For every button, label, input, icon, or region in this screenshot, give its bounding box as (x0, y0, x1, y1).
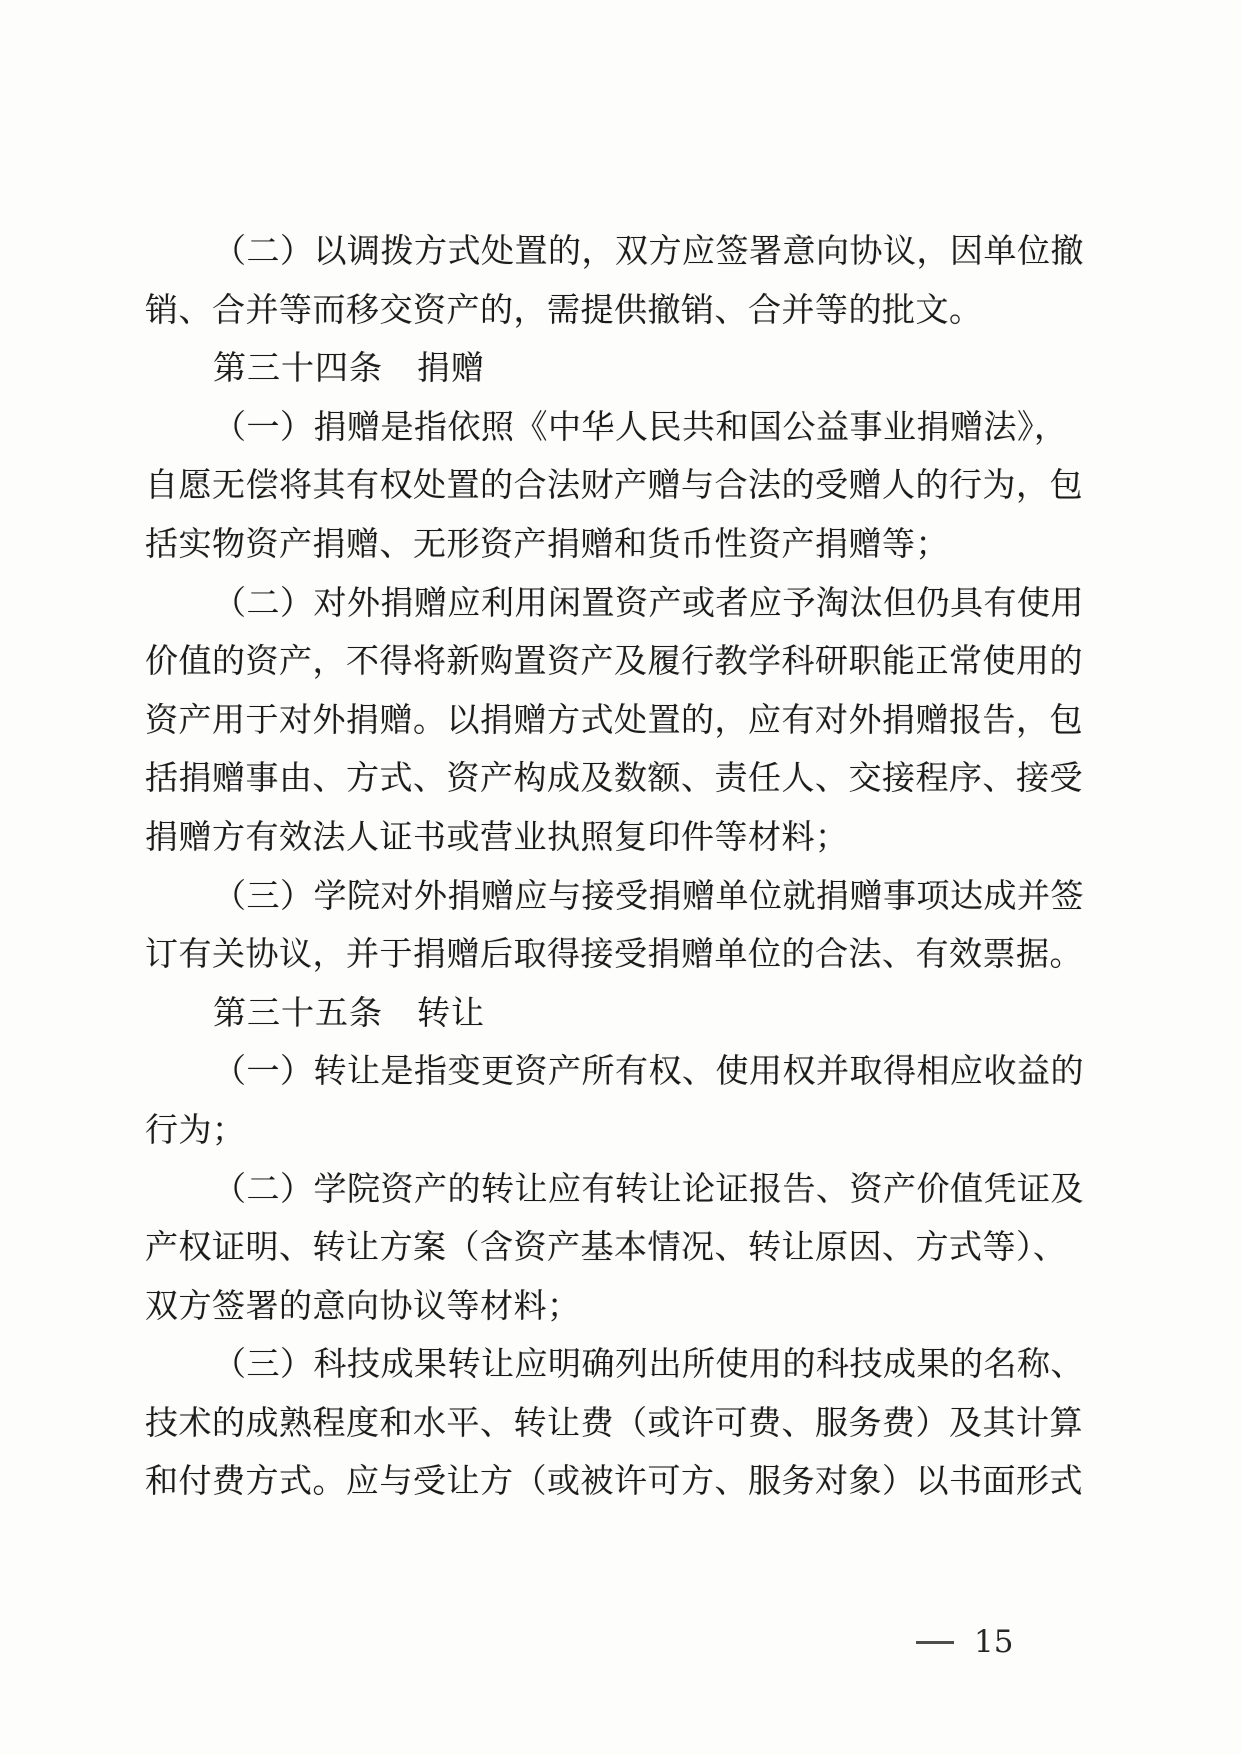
document-line: （二）对外捐赠应利用闲置资产或者应予淘汰但仍具有使用 (145, 574, 1077, 633)
document-line: 括实物资产捐赠、无形资产捐赠和货币性资产捐赠等； (145, 515, 1077, 574)
document-line: 资产用于对外捐赠。以捐赠方式处置的，应有对外捐赠报告，包 (145, 691, 1077, 750)
document-line: 技术的成熟程度和水平、转让费（或许可费、服务费）及其计算 (145, 1394, 1077, 1453)
document-line: 行为； (145, 1101, 1077, 1160)
document-line: （一）捐赠是指依照《中华人民共和国公益事业捐赠法》， (145, 398, 1077, 457)
article-heading: 第三十五条 转让 (145, 984, 1077, 1043)
document-line: 自愿无偿将其有权处置的合法财产赠与合法的受赠人的行为，包 (145, 456, 1077, 515)
document-body: （二）以调拨方式处置的，双方应签署意向协议，因单位撤 销、合并等而移交资产的，需… (145, 222, 1077, 1511)
document-line: （三）学院对外捐赠应与接受捐赠单位就捐赠事项达成并签 (145, 867, 1077, 926)
document-line: 双方签署的意向协议等材料； (145, 1277, 1077, 1336)
document-line: （一）转让是指变更资产所有权、使用权并取得相应收益的 (145, 1042, 1077, 1101)
document-line: 订有关协议，并于捐赠后取得接受捐赠单位的合法、有效票据。 (145, 925, 1077, 984)
document-line: 括捐赠事由、方式、资产构成及数额、责任人、交接程序、接受 (145, 749, 1077, 808)
document-line: （三）科技成果转让应明确列出所使用的科技成果的名称、 (145, 1335, 1077, 1394)
footer-dash-icon (916, 1641, 954, 1644)
page-number: 15 (974, 1620, 1013, 1664)
document-line: 和付费方式。应与受让方（或被许可方、服务对象）以书面形式 (145, 1452, 1077, 1511)
document-line: （二）以调拨方式处置的，双方应签署意向协议，因单位撤 (145, 222, 1077, 281)
document-page: （二）以调拨方式处置的，双方应签署意向协议，因单位撤 销、合并等而移交资产的，需… (0, 0, 1241, 1755)
document-line: 销、合并等而移交资产的，需提供撤销、合并等的批文。 (145, 281, 1077, 340)
document-line: 价值的资产，不得将新购置资产及履行教学科研职能正常使用的 (145, 632, 1077, 691)
document-line: （二）学院资产的转让应有转让论证报告、资产价值凭证及 (145, 1160, 1077, 1219)
article-heading: 第三十四条 捐赠 (145, 339, 1077, 398)
document-line: 产权证明、转让方案（含资产基本情况、转让原因、方式等）、 (145, 1218, 1077, 1277)
page-footer: 15 (916, 1620, 1013, 1664)
document-line: 捐赠方有效法人证书或营业执照复印件等材料； (145, 808, 1077, 867)
